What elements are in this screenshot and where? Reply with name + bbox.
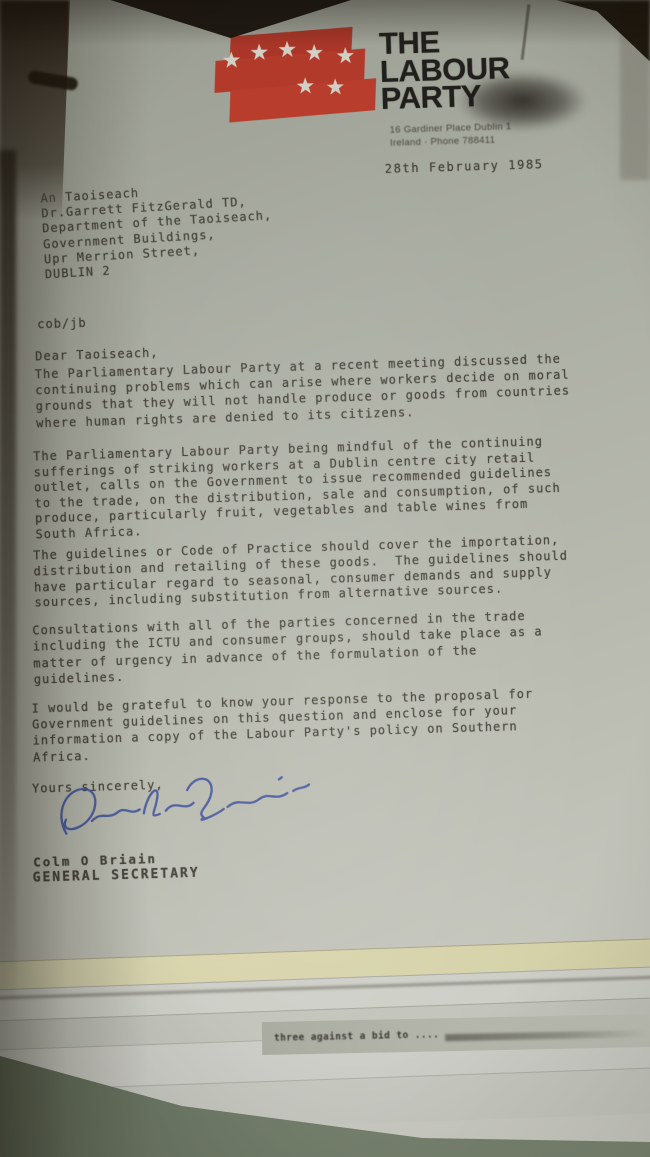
salutation: Dear Taoiseach,: [35, 345, 159, 365]
peeking-page-text: three against a bid to ....: [262, 1029, 439, 1044]
body-paragraph-2: The Parliamentary Labour Party being min…: [33, 434, 562, 543]
photographed-letter-scene: three against a bid to .... THE LABOUR: [0, 0, 650, 1157]
body-paragraph-5: I would be grateful to know your respons…: [31, 686, 534, 766]
letter-page: THE LABOUR PARTY 16 Gardiner Place Dubli…: [0, 0, 650, 1009]
body-paragraph-3: The guidelines or Code of Practice shoul…: [33, 533, 569, 612]
letter-date: 28th February 1985: [385, 156, 544, 177]
reference-line: cob/jb: [37, 315, 87, 332]
left-page-edge-shadow: [0, 150, 16, 1020]
letterhead-address-line2: Ireland · Phone 788411: [390, 133, 512, 150]
red-flag-logo-icon: [207, 24, 380, 139]
recipient-address-block: An Taoiseach Dr.Garrett FitzGerald TD, D…: [40, 178, 275, 282]
body-paragraph-1: The Parliamentary Labour Party at a rece…: [35, 351, 571, 432]
blurred-text-smear: [445, 1030, 648, 1041]
shadow-over-letterhead: [458, 72, 586, 130]
handwritten-signature-icon: [43, 764, 335, 859]
body-paragraph-4: Consultations with all of the parties co…: [32, 607, 544, 688]
